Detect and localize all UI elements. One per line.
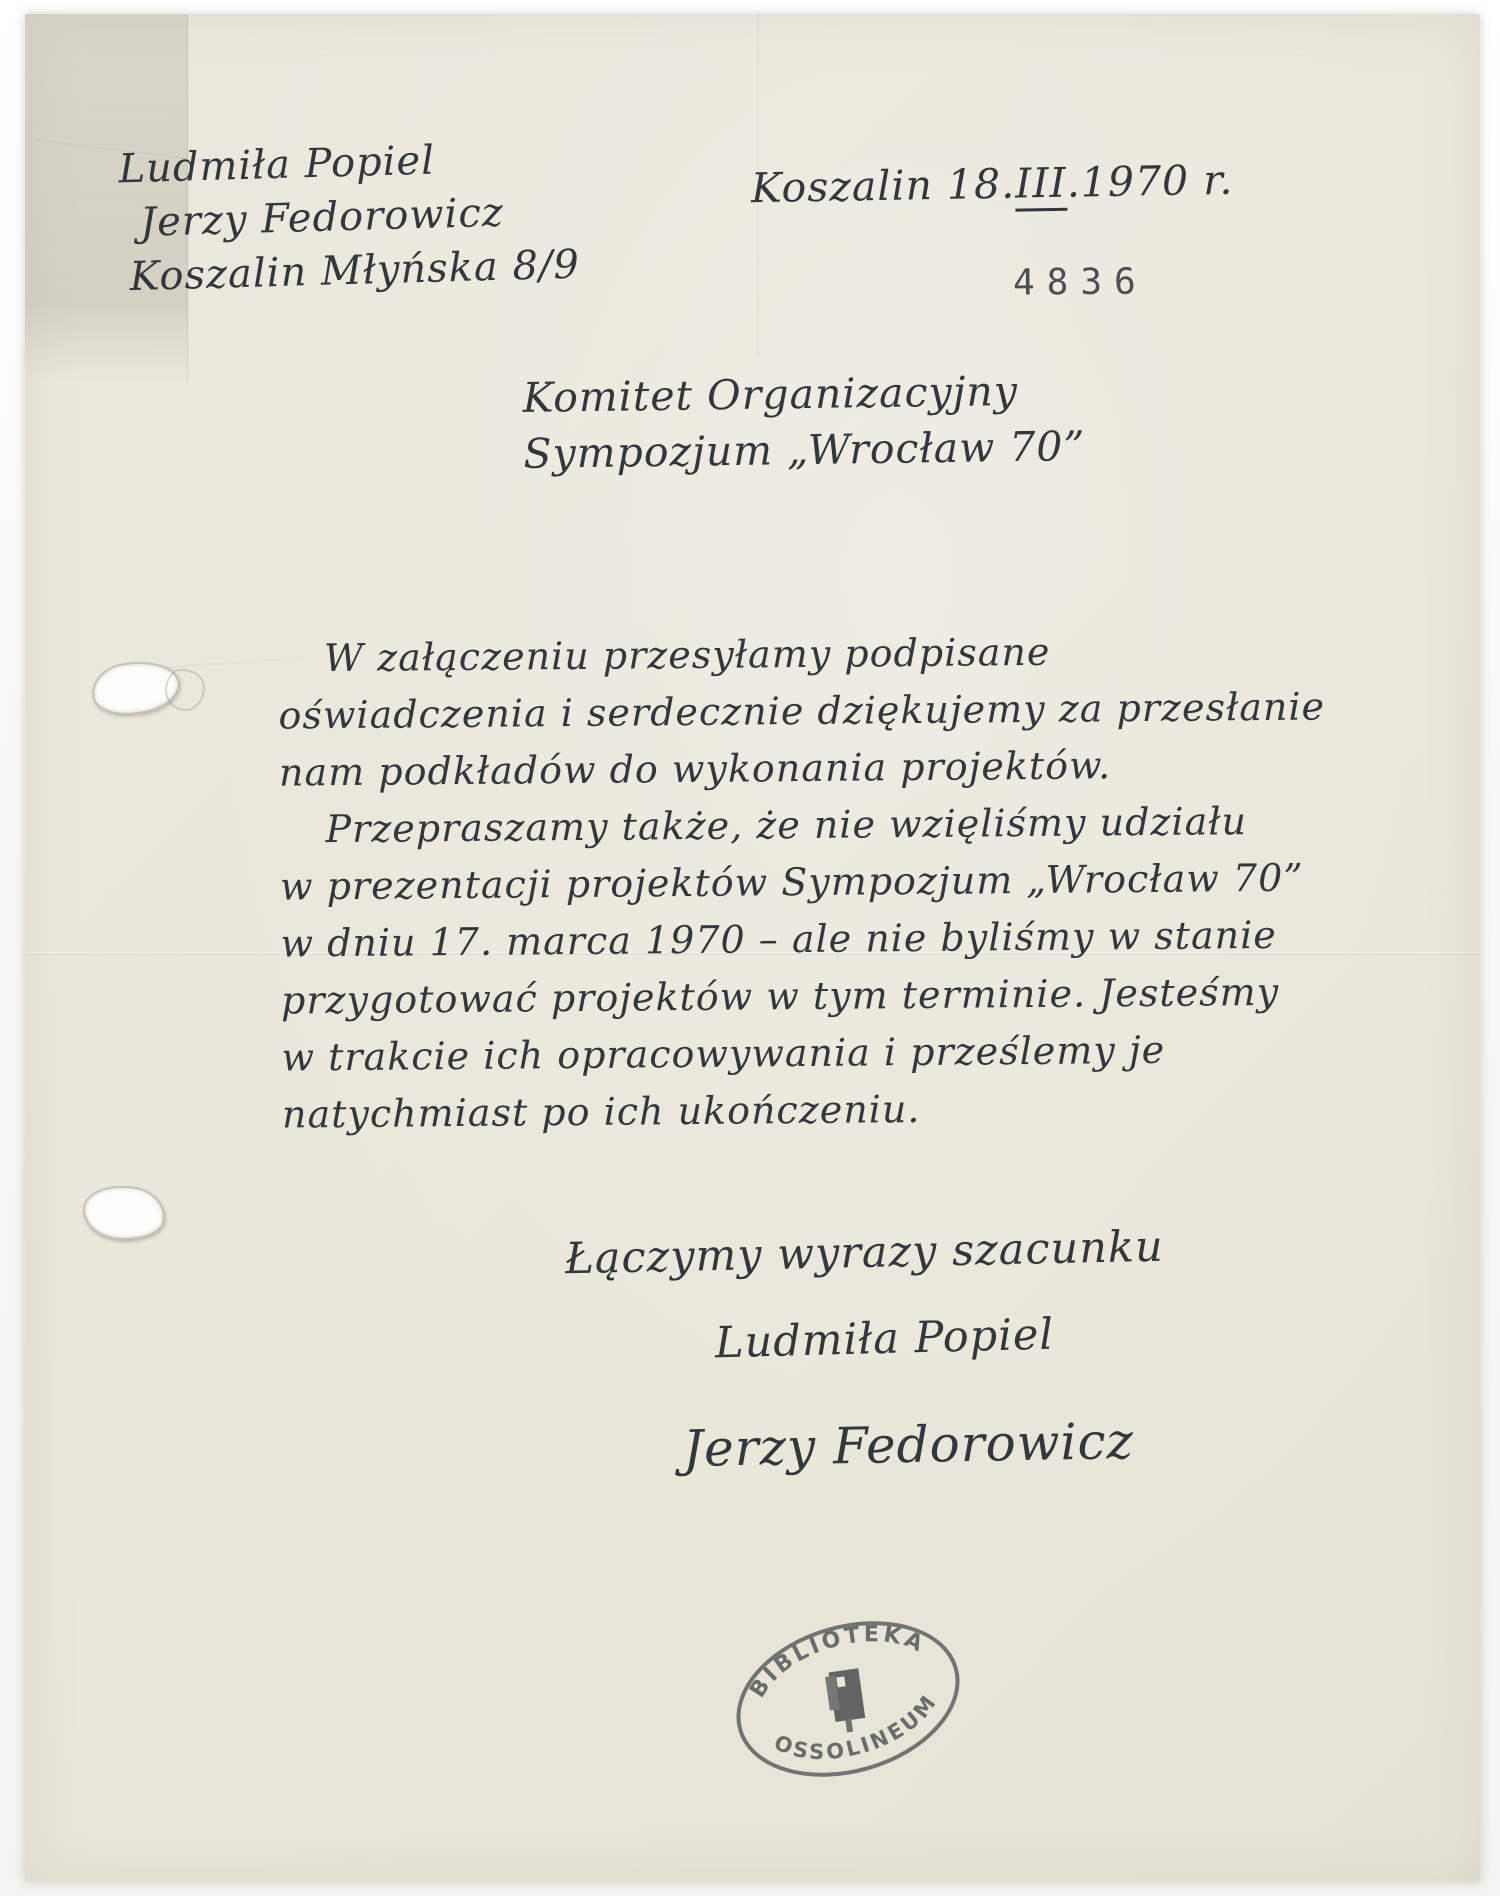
letter-page: Ludmiła Popiel Jerzy Fedorowicz Koszalin… — [25, 14, 1480, 1882]
body-line: nam podkładów do wykonania projektów. — [279, 735, 1326, 801]
addressee-line-2: Sympozjum „Wrocław 70” — [523, 418, 1086, 482]
addressee-block: Komitet Organizacyjny Sympozjum „Wrocław… — [522, 362, 1086, 482]
closing-line: Łączymy wyrazy szacunku — [565, 1222, 1165, 1285]
registry-number-stamp: 4836 — [1013, 261, 1148, 303]
body-line: w dniu 17. marca 1970 – ale nie byliśmy … — [280, 906, 1327, 972]
stamp-center-emblem — [820, 1664, 875, 1736]
dateline-month: III — [1015, 159, 1067, 212]
body-line: w prezentacji projektów Sympozjum „Wrocł… — [280, 849, 1327, 915]
dateline: Koszalin 18.III.1970 r. — [751, 156, 1234, 212]
library-stamp: BIBLIOTEKA OSSOLINEUM — [719, 1610, 977, 1788]
body-line: Przepraszamy także, że nie wzięliśmy udz… — [325, 792, 1326, 858]
sender-block: Ludmiła Popiel Jerzy Fedorowicz Koszalin… — [118, 130, 581, 305]
body-line: W załączeniu przesyłamy podpisane — [324, 621, 1325, 687]
sender-address: Koszalin Młyńska 8/9 — [129, 238, 581, 305]
letter-body: W załączeniu przesyłamy podpisane oświad… — [278, 621, 1329, 1143]
addressee-line-1: Komitet Organizacyjny — [522, 362, 1085, 426]
dateline-year: .1970 r. — [1066, 156, 1233, 207]
library-stamp-svg: BIBLIOTEKA OSSOLINEUM — [719, 1610, 977, 1788]
body-line: w trakcie ich opracowywania i prześlemy … — [281, 1020, 1328, 1086]
signature-jerzy-fedorowicz: Jerzy Fedorowicz — [683, 1412, 1135, 1478]
dateline-place-day: Koszalin 18. — [751, 160, 1016, 213]
body-line: oświadczenia i serdecznie dziękujemy za … — [278, 678, 1325, 744]
signature-ludmila-popiel: Ludmiła Popiel — [714, 1310, 1054, 1369]
body-line: natychmiast po ich ukończeniu. — [282, 1077, 1329, 1143]
punch-hole-bottom — [81, 1183, 167, 1243]
punch-hole-top-tear — [165, 669, 205, 711]
body-line: przygotować projektów w tym terminie. Je… — [281, 963, 1328, 1029]
